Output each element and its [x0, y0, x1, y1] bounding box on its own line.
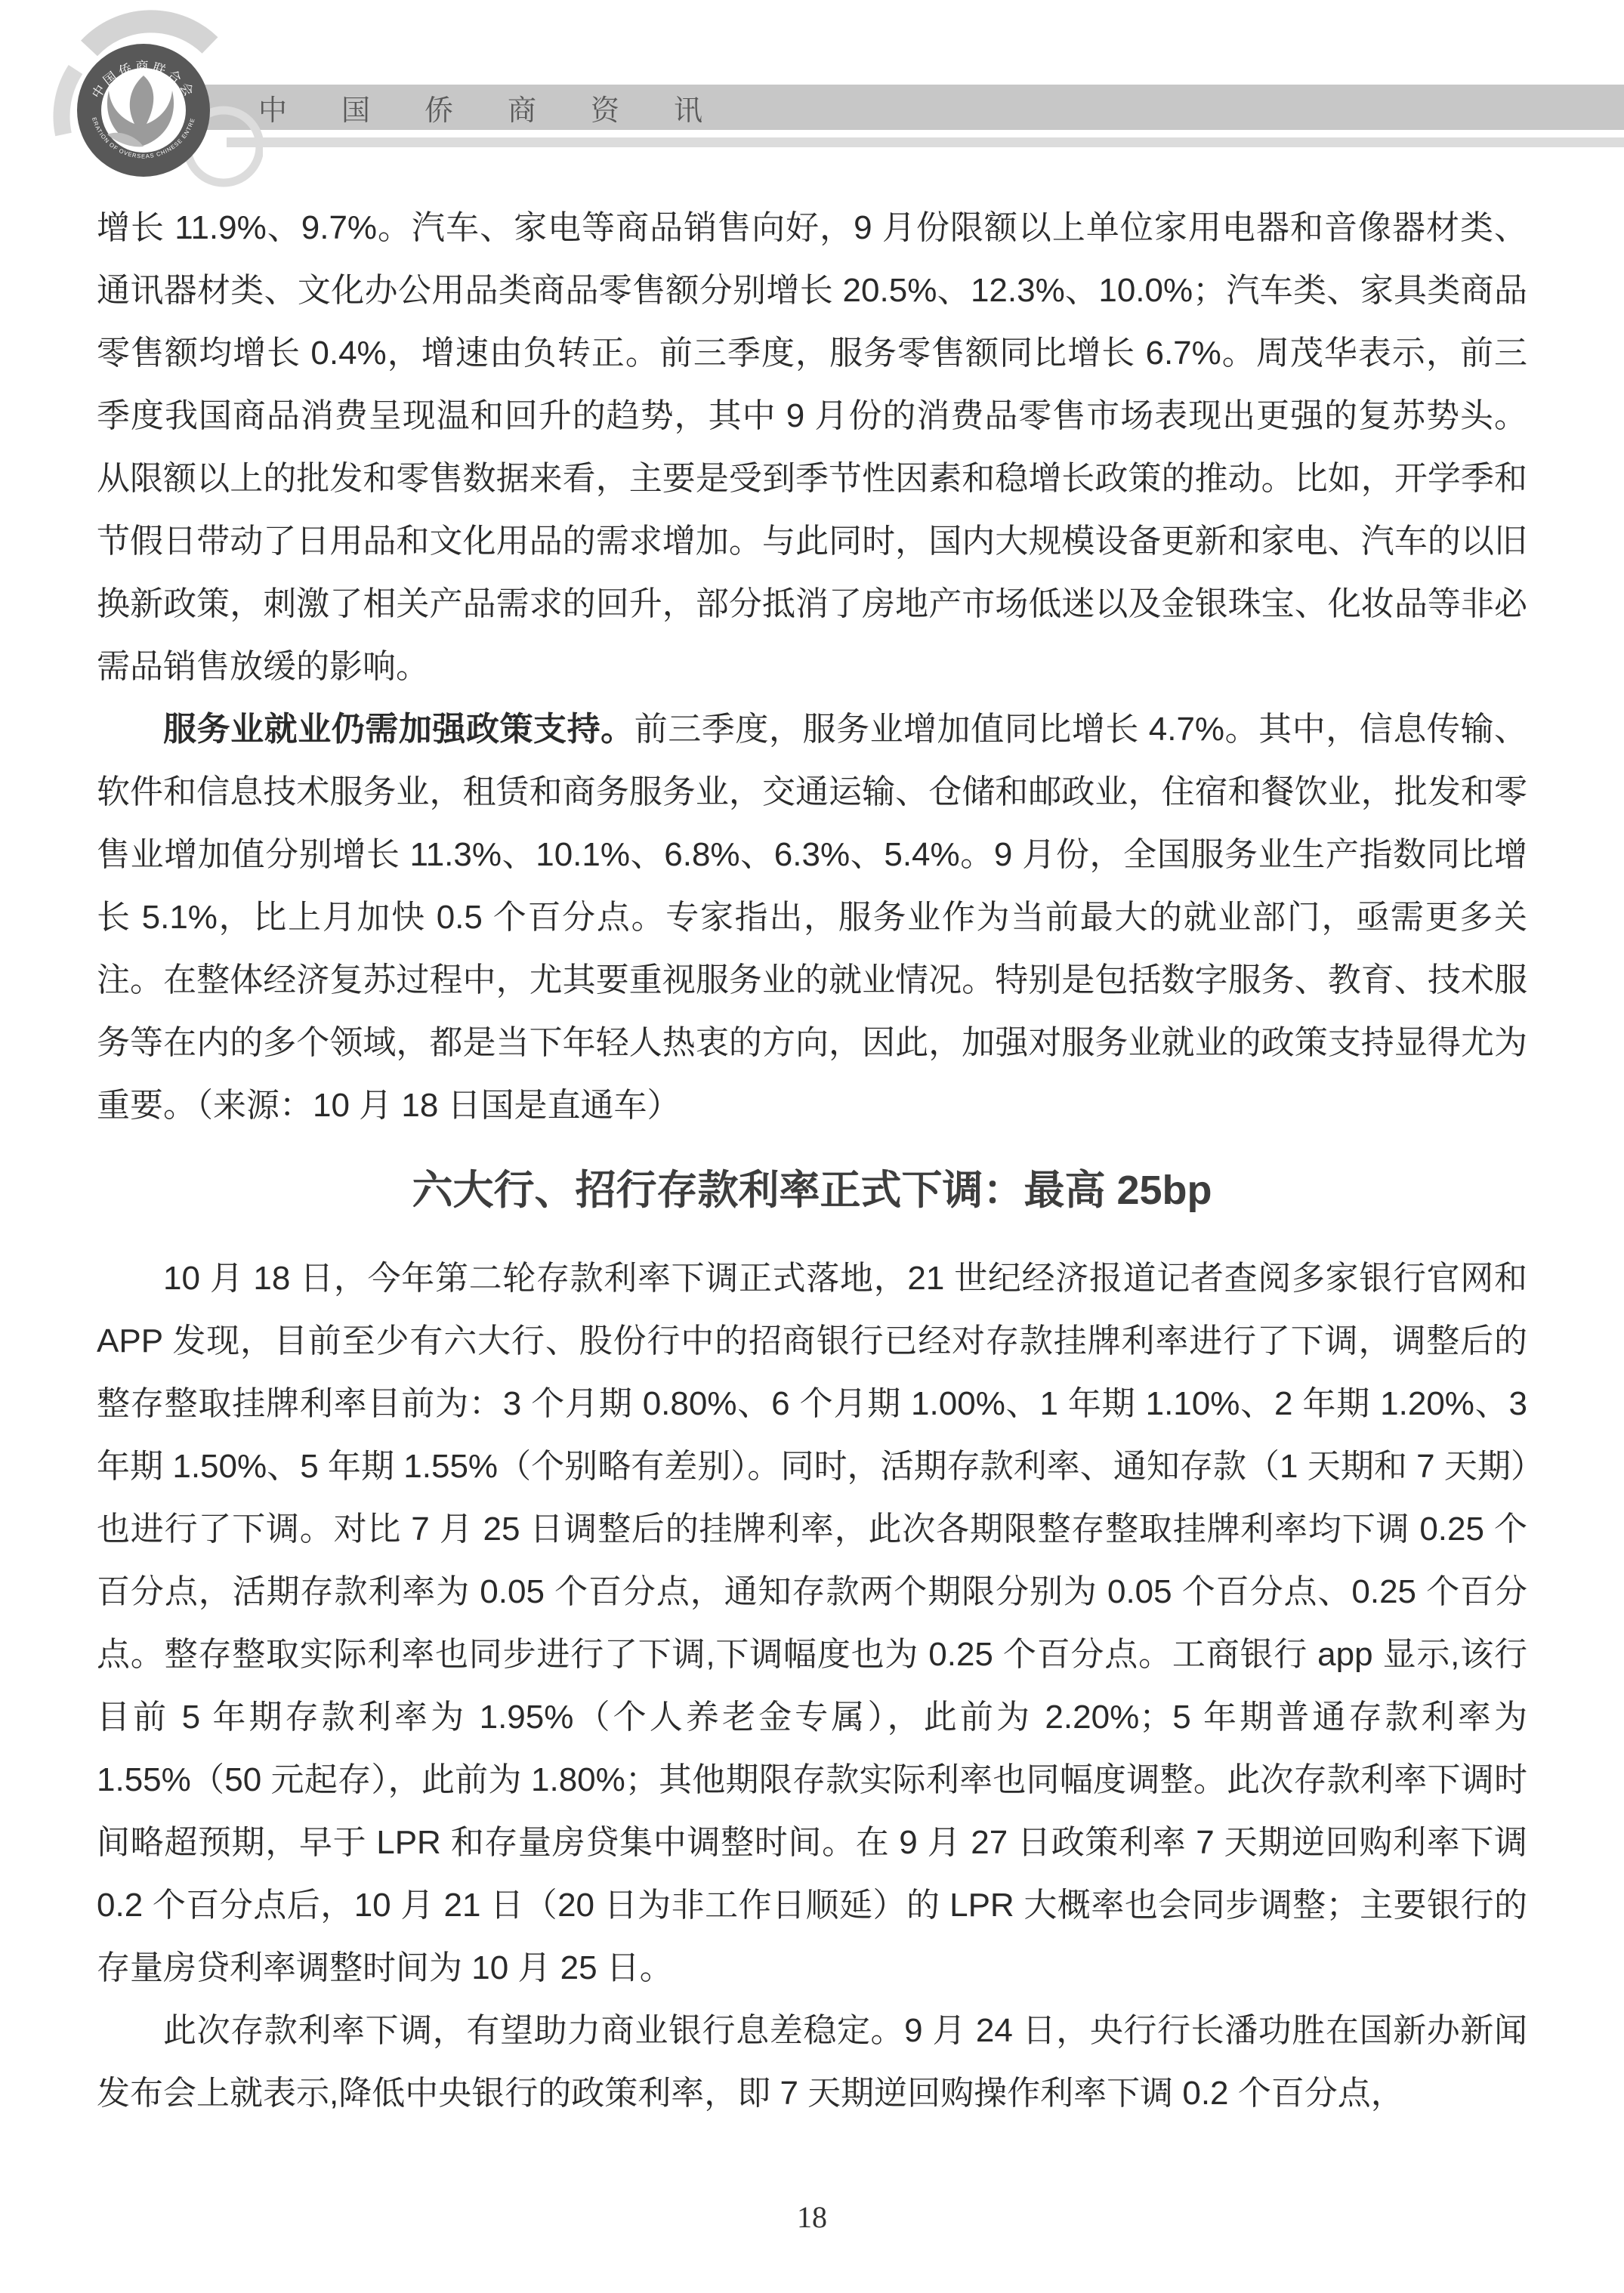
- paragraph-rate-cut-details: 10 月 18 日，今年第二轮存款利率下调正式落地，21 世纪经济报道记者查阅多…: [97, 1247, 1527, 1999]
- paragraph-rate-cut-impact: 此次存款利率下调，有望助力商业银行息差稳定。9 月 24 日，央行行长潘功胜在国…: [97, 1999, 1527, 2125]
- header-banner: 中国侨商资讯: [202, 85, 1624, 130]
- banner-substrip: [227, 137, 1624, 147]
- section-title-deposit-rates: 六大行、招行存款利率正式下调：最高 25bp: [97, 1156, 1527, 1224]
- article-body: 增长 11.9%、9.7%。汽车、家电等商品销售向好，9 月份限额以上单位家用电…: [97, 0, 1527, 2125]
- document-page: 中国侨商资讯 中国侨商联合会: [0, 0, 1624, 2293]
- paragraph-retail-growth: 增长 11.9%、9.7%。汽车、家电等商品销售向好，9 月份限额以上单位家用电…: [97, 196, 1527, 698]
- paragraph-services-employment-text: 前三季度，服务业增加值同比增长 4.7%。其中，信息传输、软件和信息技术服务业，…: [97, 711, 1527, 1124]
- paragraph-lead-bold: 服务业就业仍需加强政策支持。: [163, 711, 634, 748]
- organization-logo: 中国侨商联合会 CHINA FEDERATION OF OVERSEAS CHI…: [29, 5, 263, 207]
- paragraph-services-employment: 服务业就业仍需加强政策支持。前三季度，服务业增加值同比增长 4.7%。其中，信息…: [97, 698, 1527, 1137]
- banner-title: 中国侨商资讯: [202, 87, 757, 128]
- emblem-icon: 中国侨商联合会 CHINA FEDERATION OF OVERSEAS CHI…: [29, 5, 263, 207]
- page-number: 18: [0, 2199, 1624, 2235]
